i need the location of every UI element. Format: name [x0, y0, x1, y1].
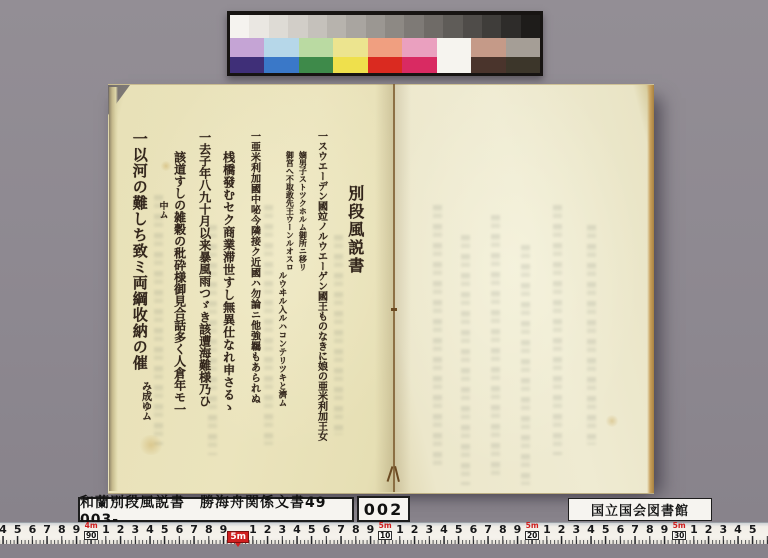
- right-page: [395, 84, 654, 494]
- gray-step-patch: [521, 15, 540, 38]
- photo-stage: { "photo": { "background_color": "#8d889…: [0, 0, 768, 558]
- text-column: 桟橋發むセク商業滞世すし無異仕なれ申さるゝ: [222, 151, 235, 414]
- pastel-color-patch: [471, 38, 505, 57]
- text-column: 一去子年八九十月以来暴風雨つゞき該遭海難様乃ひ: [198, 131, 211, 407]
- manuscript-title: 別段風説書: [346, 185, 363, 275]
- gray-step-patch: [366, 15, 385, 38]
- color-calibration-chart: [227, 11, 543, 76]
- pastel-color-strip: [230, 38, 540, 57]
- gutter-shadow: [375, 84, 393, 492]
- bleedthrough-text: [553, 205, 562, 455]
- pastel-color-patch: [264, 38, 298, 57]
- gray-step-patch: [288, 15, 307, 38]
- bleedthrough-text: [154, 195, 163, 445]
- gray-step-patch: [327, 15, 346, 38]
- paper-stain: [160, 161, 172, 171]
- gray-step-patch: [346, 15, 365, 38]
- gray-step-patch: [501, 15, 520, 38]
- saturated-color-patch: [402, 57, 436, 73]
- pastel-color-patch: [506, 38, 540, 57]
- bleedthrough-text: [334, 235, 343, 435]
- gray-step-patch: [249, 15, 268, 38]
- text-column-small: 中ム: [157, 201, 166, 219]
- pastel-color-patch: [437, 38, 471, 57]
- bleedthrough-text: [491, 215, 500, 475]
- saturated-color-patch: [264, 57, 298, 73]
- page-edge-stack: [647, 85, 654, 493]
- gray-step-patch: [308, 15, 327, 38]
- caption-title: 和蘭別段風説書 勝海舟関係文書49 003-: [78, 497, 354, 522]
- text-column: 一スウエーデン國竝ノルウエーゲン國王ものなきに娘の亜米利加王女: [315, 131, 326, 441]
- gray-step-patch: [424, 15, 443, 38]
- page-edge-stack: [109, 87, 118, 491]
- saturated-color-patch: [437, 57, 471, 73]
- saturated-color-patch: [368, 57, 402, 73]
- text-column-small: 嫡男子ストツクホルム御所ニ移リ: [299, 151, 307, 271]
- text-column: 該道すしの雑穀の秕砕様御見合話多く人倉年モ一: [173, 151, 186, 415]
- pastel-color-patch: [368, 38, 402, 57]
- gray-step-patch: [463, 15, 482, 38]
- left-page: 別段風説書一スウエーデン國竝ノルウエーゲン國王ものなきに娘の亜米利加王女嫡男子ス…: [108, 84, 395, 494]
- saturated-color-patch: [299, 57, 333, 73]
- bleedthrough-text: [521, 245, 530, 485]
- saturated-color-patch: [333, 57, 367, 73]
- gray-step-patch: [443, 15, 462, 38]
- gray-step-patch: [482, 15, 501, 38]
- gray-step-patch: [269, 15, 288, 38]
- text-column: 一以河の難しち致ミ両綱收納の催: [131, 131, 147, 371]
- measuring-tape-ruler: 4567894m901234567895m1234567895m10123456…: [0, 522, 768, 544]
- pastel-color-patch: [402, 38, 436, 57]
- text-column: ルウヰル入ルハコンテリツキと濟ム: [277, 271, 286, 407]
- caption-library-name: 国立国会図書館: [568, 498, 712, 521]
- bleedthrough-text: [587, 225, 596, 445]
- paper-stain: [138, 435, 164, 455]
- paper-stain: [605, 415, 619, 427]
- saturated-color-patch: [230, 57, 264, 73]
- bleedthrough-text: [461, 235, 470, 485]
- pastel-color-patch: [333, 38, 367, 57]
- text-column: 一亜米利加國中咇今隣接ク近國ハ勿論ニ他強羈もあられぬ: [248, 131, 259, 404]
- gray-step-patch: [230, 15, 249, 38]
- bleedthrough-text: [264, 205, 273, 445]
- saturated-color-patch: [506, 57, 540, 73]
- caption-page-number: 002: [357, 496, 410, 522]
- pastel-color-patch: [299, 38, 333, 57]
- gray-step-patch: [404, 15, 423, 38]
- ruler-cm-number: 5: [744, 524, 762, 535]
- text-column-small: 御宮へ不取敢先王ウーンルオスロ: [286, 151, 294, 271]
- gray-step-patch: [385, 15, 404, 38]
- ruler-arrow-icon: [235, 543, 241, 547]
- text-column-small: み成ゆム: [139, 381, 150, 421]
- grayscale-strip: [230, 15, 540, 38]
- bleedthrough-text: [433, 205, 442, 465]
- saturated-color-patch: [471, 57, 505, 73]
- manuscript-book: 別段風説書一スウエーデン國竝ノルウエーゲン國王ものなきに娘の亜米利加王女嫡男子ス…: [108, 84, 654, 492]
- gutter-shadow: [395, 84, 411, 492]
- saturated-color-strip: [230, 57, 540, 73]
- binding-stitch: [391, 308, 397, 311]
- pastel-color-patch: [230, 38, 264, 57]
